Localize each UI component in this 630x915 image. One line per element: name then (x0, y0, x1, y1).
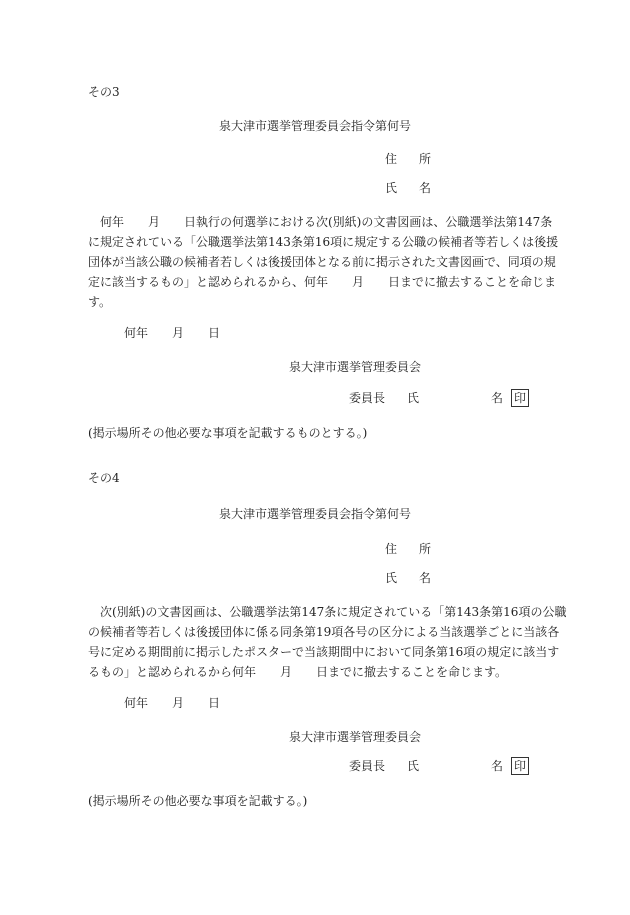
chair-signature: 委員長氏名印 (349, 389, 529, 407)
seal-stamp-box: 印 (511, 757, 529, 775)
seal-stamp-box: 印 (511, 389, 529, 407)
chair-signature: 委員長氏名印 (349, 757, 529, 775)
issue-date: 何年月日 (124, 327, 220, 339)
section-heading: その3 (88, 86, 120, 98)
order-body: 何年 月 日執行の何選挙における次(別紙)の文書図画は、公職選挙法第147条 に… (88, 212, 543, 312)
section-heading: その4 (88, 472, 120, 484)
name-label: 氏名 (385, 572, 431, 584)
address-label: 住所 (385, 153, 431, 165)
footnote: (掲示場所その他必要な事項を記載するものとする。) (88, 427, 367, 439)
address-label: 住所 (385, 543, 431, 555)
order-body: 次(別紙)の文書図画は、公職選挙法第147条に規定されている「第143条第16項… (88, 602, 543, 682)
order-title: 泉大津市選挙管理委員会指令第何号 (219, 120, 411, 132)
footnote: (掲示場所その他必要な事項を記載する。) (88, 795, 307, 807)
order-title: 泉大津市選挙管理委員会指令第何号 (219, 508, 411, 520)
issuer-name: 泉大津市選挙管理委員会 (289, 731, 421, 743)
issuer-name: 泉大津市選挙管理委員会 (289, 361, 421, 373)
issue-date: 何年月日 (124, 697, 220, 709)
name-label: 氏名 (385, 182, 431, 194)
